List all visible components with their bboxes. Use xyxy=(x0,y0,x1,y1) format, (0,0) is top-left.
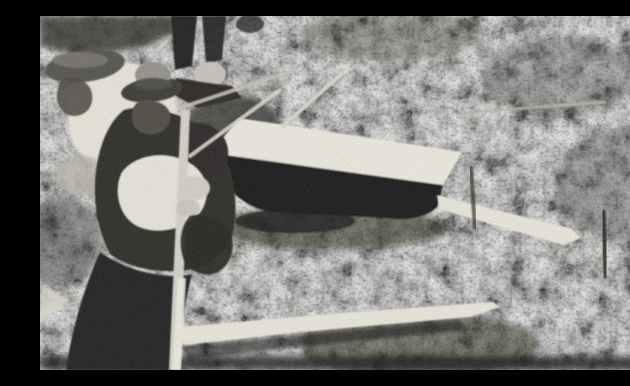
photo-canvas xyxy=(40,16,630,370)
film-grain-overlay xyxy=(40,16,630,370)
photograph xyxy=(40,16,630,370)
